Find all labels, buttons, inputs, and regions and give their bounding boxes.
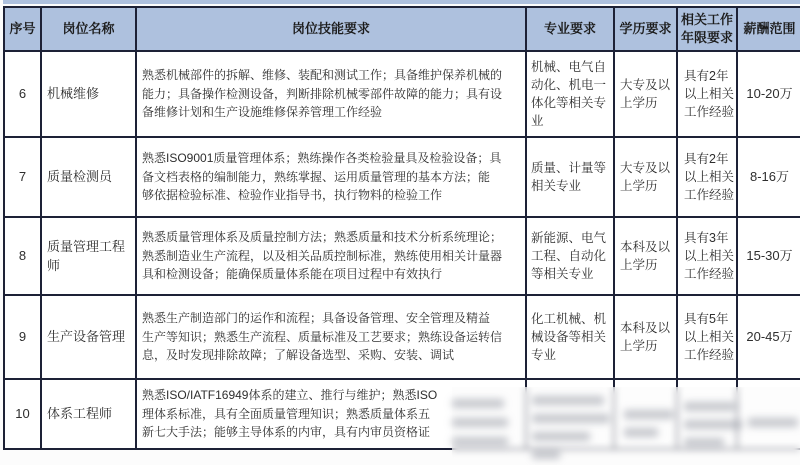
cell-skills: 熟悉机械部件的拆解、维修、装配和测试工作；具备维护保养机械的 能力；具备操作检测… (136, 51, 526, 137)
cell-major: 机械、电气自 动化、机电一 体化等相关专 业 (526, 51, 614, 137)
col-header-position: 岗位名称 (41, 7, 136, 51)
col-header-skills: 岗位技能要求 (136, 7, 526, 51)
cell-education: 本科及以 上学历 (614, 217, 677, 295)
cell-position-name: 生产设备管理 (41, 295, 136, 379)
table-top-strip (3, 0, 800, 4)
cell-salary: 10-20万 (737, 51, 800, 137)
cell-major: 化工机械、机 械设备等相关 专业 (526, 295, 614, 379)
cell-no: 10 (4, 379, 41, 449)
table-row: 6 机械维修 熟悉机械部件的拆解、维修、装配和测试工作；具备维护保养机械的 能力… (4, 51, 800, 137)
cell-position-name: 质量检测员 (41, 137, 136, 217)
table-row: 8 质量管理工程师 熟悉质量管理体系及质量控制方法；熟悉质量和技术分析系统理论；… (4, 217, 800, 295)
col-header-education: 学历要求 (614, 7, 677, 51)
col-header-major: 专业要求 (526, 7, 614, 51)
cell-position-name: 机械维修 (41, 51, 136, 137)
cell-experience (677, 379, 737, 449)
cell-experience: 具有3年 以上相关 工作经验 (677, 217, 737, 295)
cell-major (526, 379, 614, 449)
cell-major: 质量、计量等 相关专业 (526, 137, 614, 217)
cell-no: 7 (4, 137, 41, 217)
cell-no: 8 (4, 217, 41, 295)
header-row: 序号 岗位名称 岗位技能要求 专业要求 学历要求 相关工作 年限要求 薪酬范围 (4, 7, 800, 51)
cell-skills: 熟悉ISO9001质量管理体系；熟练操作各类检验量具及检验设备；具 备文档表格的… (136, 137, 526, 217)
cell-education: 本科及以 上学历 (614, 295, 677, 379)
cell-salary (737, 379, 800, 449)
cell-skills: 熟悉ISO/IATF16949体系的建立、推行与维护；熟悉ISO 理体系标准，具… (136, 379, 526, 449)
cell-no: 6 (4, 51, 41, 137)
cell-education (614, 379, 677, 449)
col-header-experience: 相关工作 年限要求 (677, 7, 737, 51)
col-header-salary: 薪酬范围 (737, 7, 800, 51)
redacted-text-blob (532, 450, 560, 459)
jobs-table: 序号 岗位名称 岗位技能要求 专业要求 学历要求 相关工作 年限要求 薪酬范围 … (3, 6, 800, 450)
cell-skills: 熟悉生产制造部门的运作和流程；具备设备管理、安全管理及精益 生产等知识；熟悉生产… (136, 295, 526, 379)
cell-salary: 15-30万 (737, 217, 800, 295)
cell-skills: 熟悉质量管理体系及质量控制方法；熟悉质量和技术分析系统理论； 熟悉制造业生产流程… (136, 217, 526, 295)
cell-salary: 20-45万 (737, 295, 800, 379)
cell-education: 大专及以 上学历 (614, 137, 677, 217)
table-row: 10 体系工程师 熟悉ISO/IATF16949体系的建立、推行与维护；熟悉IS… (4, 379, 800, 449)
cell-experience: 具有5年 以上相关 工作经验 (677, 295, 737, 379)
table-row: 9 生产设备管理 熟悉生产制造部门的运作和流程；具备设备管理、安全管理及精益 生… (4, 295, 800, 379)
cell-experience: 具有2年 以上相关 工作经验 (677, 51, 737, 137)
cell-salary: 8-16万 (737, 137, 800, 217)
cell-position-name: 体系工程师 (41, 379, 136, 449)
cell-experience: 具有2年 以上相关 工作经验 (677, 137, 737, 217)
cell-position-name: 质量管理工程师 (41, 217, 136, 295)
table-row: 7 质量检测员 熟悉ISO9001质量管理体系；熟练操作各类检验量具及检验设备；… (4, 137, 800, 217)
cell-no: 9 (4, 295, 41, 379)
cell-education: 大专及以 上学历 (614, 51, 677, 137)
col-header-no: 序号 (4, 7, 41, 51)
screenshot-root: 序号 岗位名称 岗位技能要求 专业要求 学历要求 相关工作 年限要求 薪酬范围 … (0, 0, 800, 465)
cell-major: 新能源、电气 工程、自动化 等相关专业 (526, 217, 614, 295)
